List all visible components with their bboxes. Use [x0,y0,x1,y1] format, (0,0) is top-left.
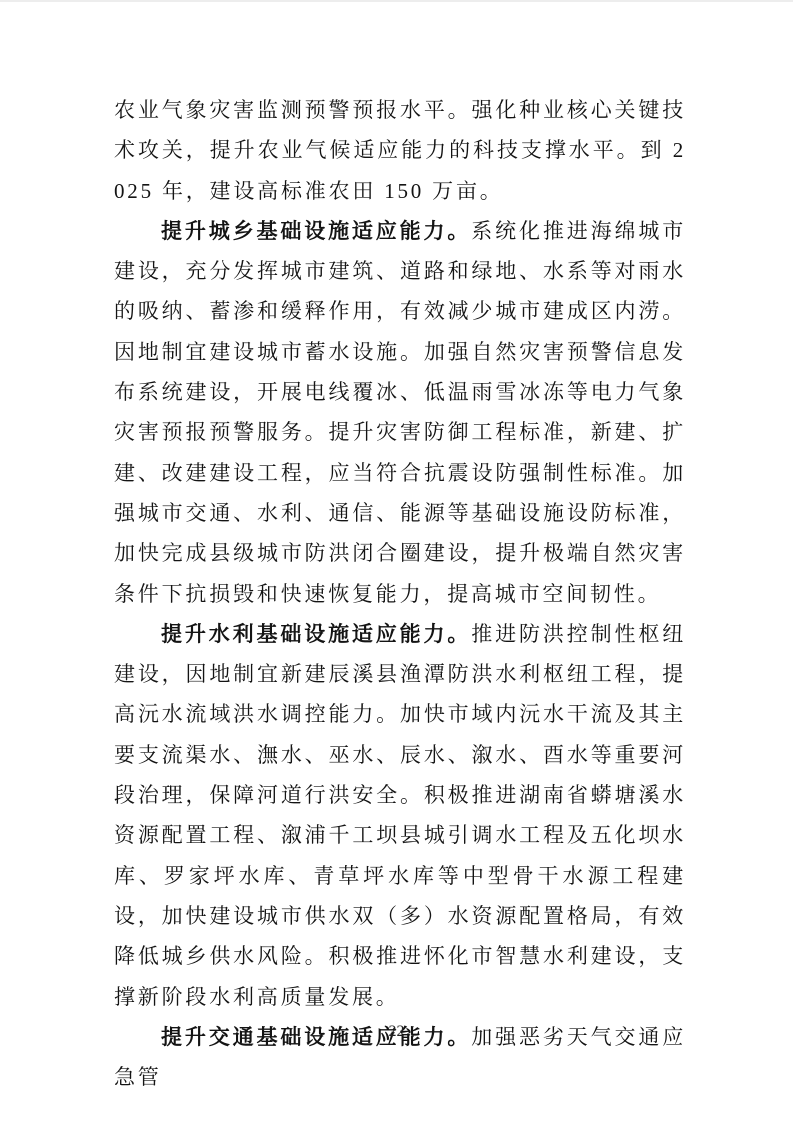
paragraph-text: 系统化推进海绵城市建设，充分发挥城市建筑、道路和绿地、水系等对雨水的吸纳、蓄渗和… [114,219,686,606]
paragraph-lead: 提升城乡基础设施适应能力。 [161,219,471,243]
page-top-edge [0,0,793,2]
paragraph-text: 推进防洪控制性枢纽建设，因地制宜新建辰溪县渔潭防洪水利枢纽工程，提高沅水流域洪水… [114,622,686,1009]
paragraph: 提升城乡基础设施适应能力。系统化推进海绵城市建设，充分发挥城市建筑、道路和绿地、… [114,211,686,614]
document-body: 农业气象灾害监测预警预报水平。强化种业核心关键技术攻关，提升农业气候适应能力的科… [114,90,686,1097]
paragraph-text: 农业气象灾害监测预警预报水平。强化种业核心关键技术攻关，提升农业气候适应能力的科… [114,98,686,203]
page-number: 22 [0,1023,793,1041]
paragraph: 提升水利基础设施适应能力。推进防洪控制性枢纽建设，因地制宜新建辰溪县渔潭防洪水利… [114,614,686,1017]
paragraph-lead: 提升水利基础设施适应能力。 [161,622,471,646]
paragraph: 农业气象灾害监测预警预报水平。强化种业核心关键技术攻关，提升农业气候适应能力的科… [114,90,686,211]
